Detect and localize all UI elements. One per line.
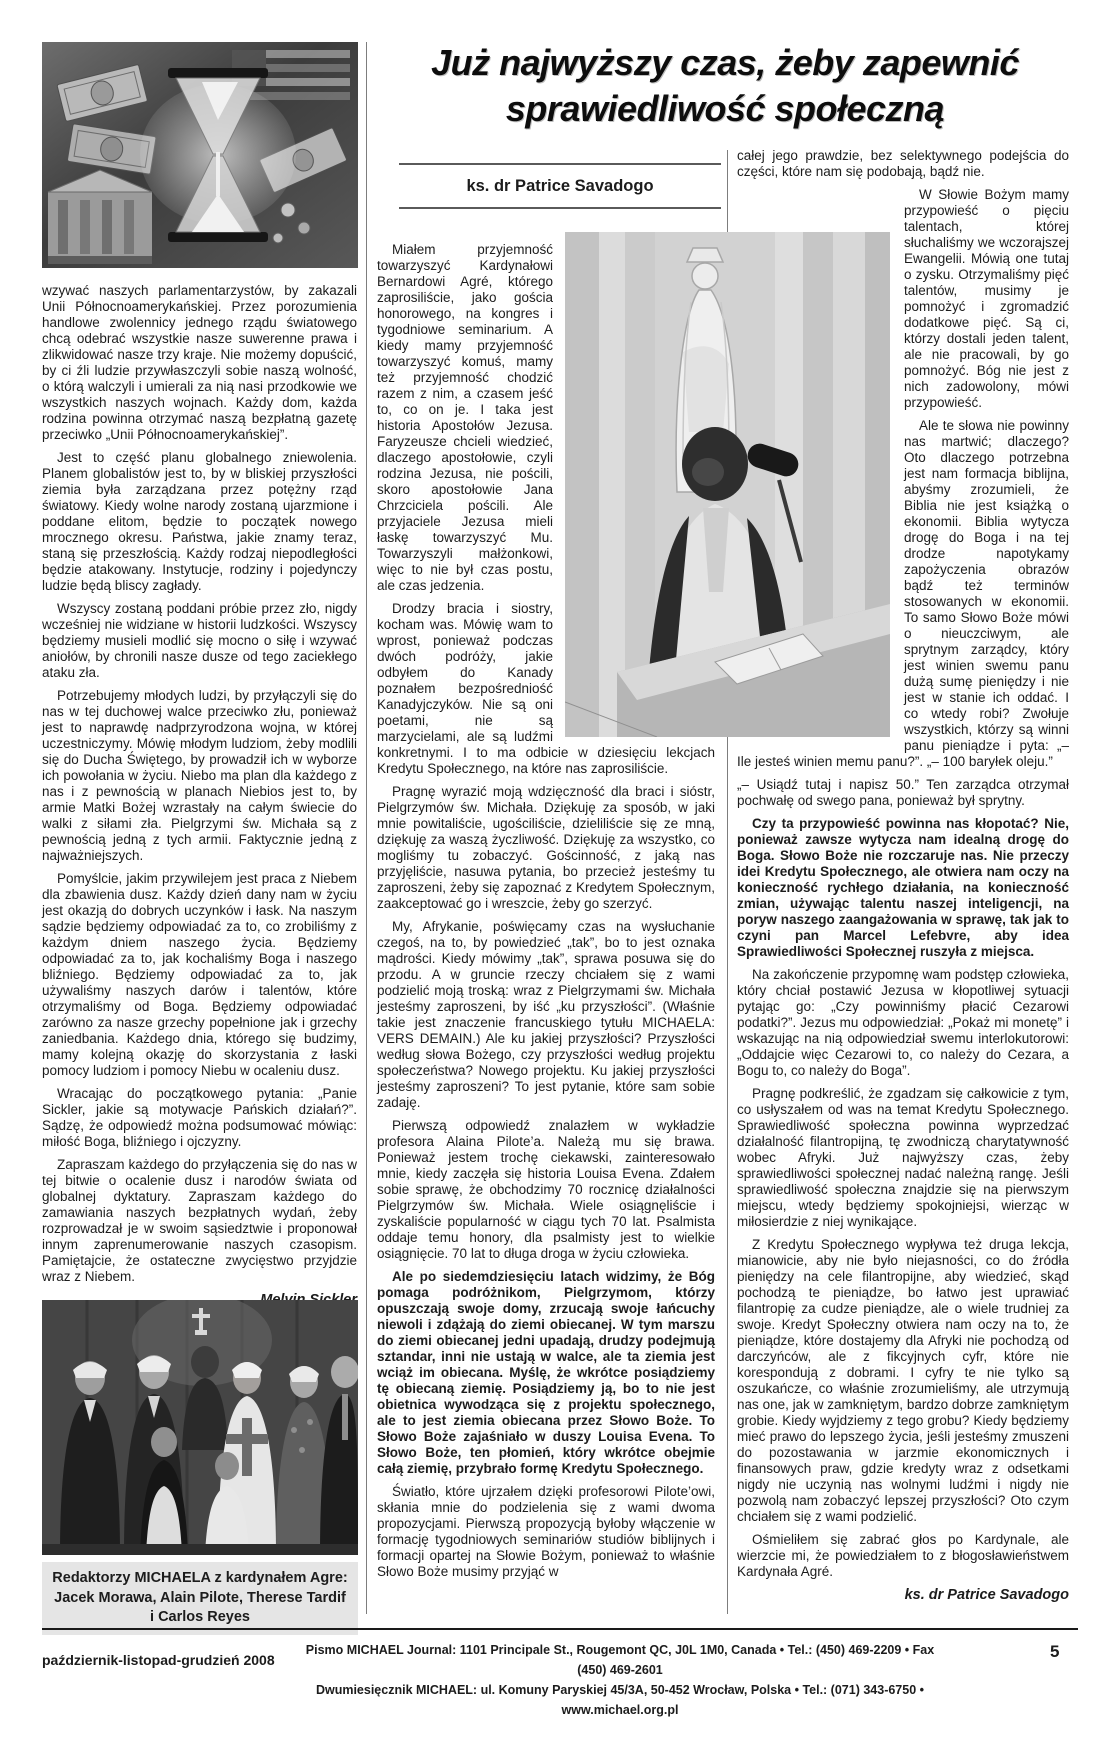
paragraph: „– Usiądź tutaj i napisz 50.” Ten zarząd…: [737, 777, 1069, 809]
paragraph: Światło, które ujrzałem dzięki profesoro…: [377, 1484, 715, 1580]
photo-caption: Redaktorzy MICHAELA z kardynałem Agre: J…: [42, 1562, 358, 1635]
paragraph: Wracając do początkowego pytania: „Panie…: [42, 1086, 357, 1150]
editors-group-photo: [42, 1300, 358, 1555]
paragraph: My, Afrykanie, poświęcamy czas na wysłuc…: [377, 919, 715, 1111]
paragraph: Zapraszam każdego do przyłączenia się do…: [42, 1157, 357, 1285]
paragraph: Pierwszą odpowiedź znalazłem w wykładzie…: [377, 1118, 715, 1262]
paragraph: Pragnę podkreślić, że zgadzam się całkow…: [737, 1086, 1069, 1230]
paragraph: Z Kredytu Społecznego wypływa też druga …: [737, 1237, 1069, 1525]
paragraph: Jest to część planu globalnego zniewolen…: [42, 450, 357, 594]
footer-divider: [42, 1628, 1078, 1630]
speaker-at-podium-photo: [565, 232, 890, 737]
paragraph: Pragnę wyrazić moją wdzięczność dla brac…: [377, 784, 715, 912]
publisher-address-canada: Pismo MICHAEL Journal: 1101 Principale S…: [290, 1640, 950, 1680]
page-title: Już najwyższy czas, żeby zapewnić sprawi…: [385, 40, 1065, 132]
emphasized-paragraph: Czy ta przypowieść powinna nas kłopotać?…: [737, 816, 1069, 960]
paragraph: Na zakończenie przypomnę wam podstęp czł…: [737, 967, 1069, 1079]
newspaper-page: Już najwyższy czas, żeby zapewnić sprawi…: [0, 0, 1118, 1751]
paragraph: Potrzebujemy młodych ludzi, by przyłączy…: [42, 688, 357, 864]
paragraph: Ośmieliłem się zabrać głos po Kardynale,…: [737, 1532, 1069, 1580]
paragraph: Wszyscy zostaną poddani próbie przez zło…: [42, 601, 357, 681]
left-column: wzywać naszych parlamentarzystów, by zak…: [42, 283, 357, 1308]
paragraph: Pomyślcie, jakim przywilejem jest praca …: [42, 871, 357, 1079]
author-signature: ks. dr Patrice Savadogo: [737, 1587, 1069, 1603]
hourglass-money-photo: [42, 42, 358, 268]
page-number: 5: [1050, 1642, 1059, 1662]
paragraph: całej jego prawdzie, bez selektywnego po…: [737, 148, 1069, 180]
author-byline: ks. dr Patrice Savadogo: [466, 177, 653, 196]
publisher-address-poland: Dwumiesięcznik MICHAEL: ul. Komuny Parys…: [290, 1680, 950, 1720]
publisher-info: Pismo MICHAEL Journal: 1101 Principale S…: [290, 1640, 950, 1720]
column-divider-left: [366, 42, 367, 1614]
paragraph: wzywać naszych parlamentarzystów, by zak…: [42, 283, 357, 443]
issue-date: październik-listopad-grudzień 2008: [42, 1652, 275, 1668]
emphasized-paragraph: Ale po siedemdziesięciu latach widzimy, …: [377, 1269, 715, 1477]
byline-box: ks. dr Patrice Savadogo: [399, 163, 721, 209]
